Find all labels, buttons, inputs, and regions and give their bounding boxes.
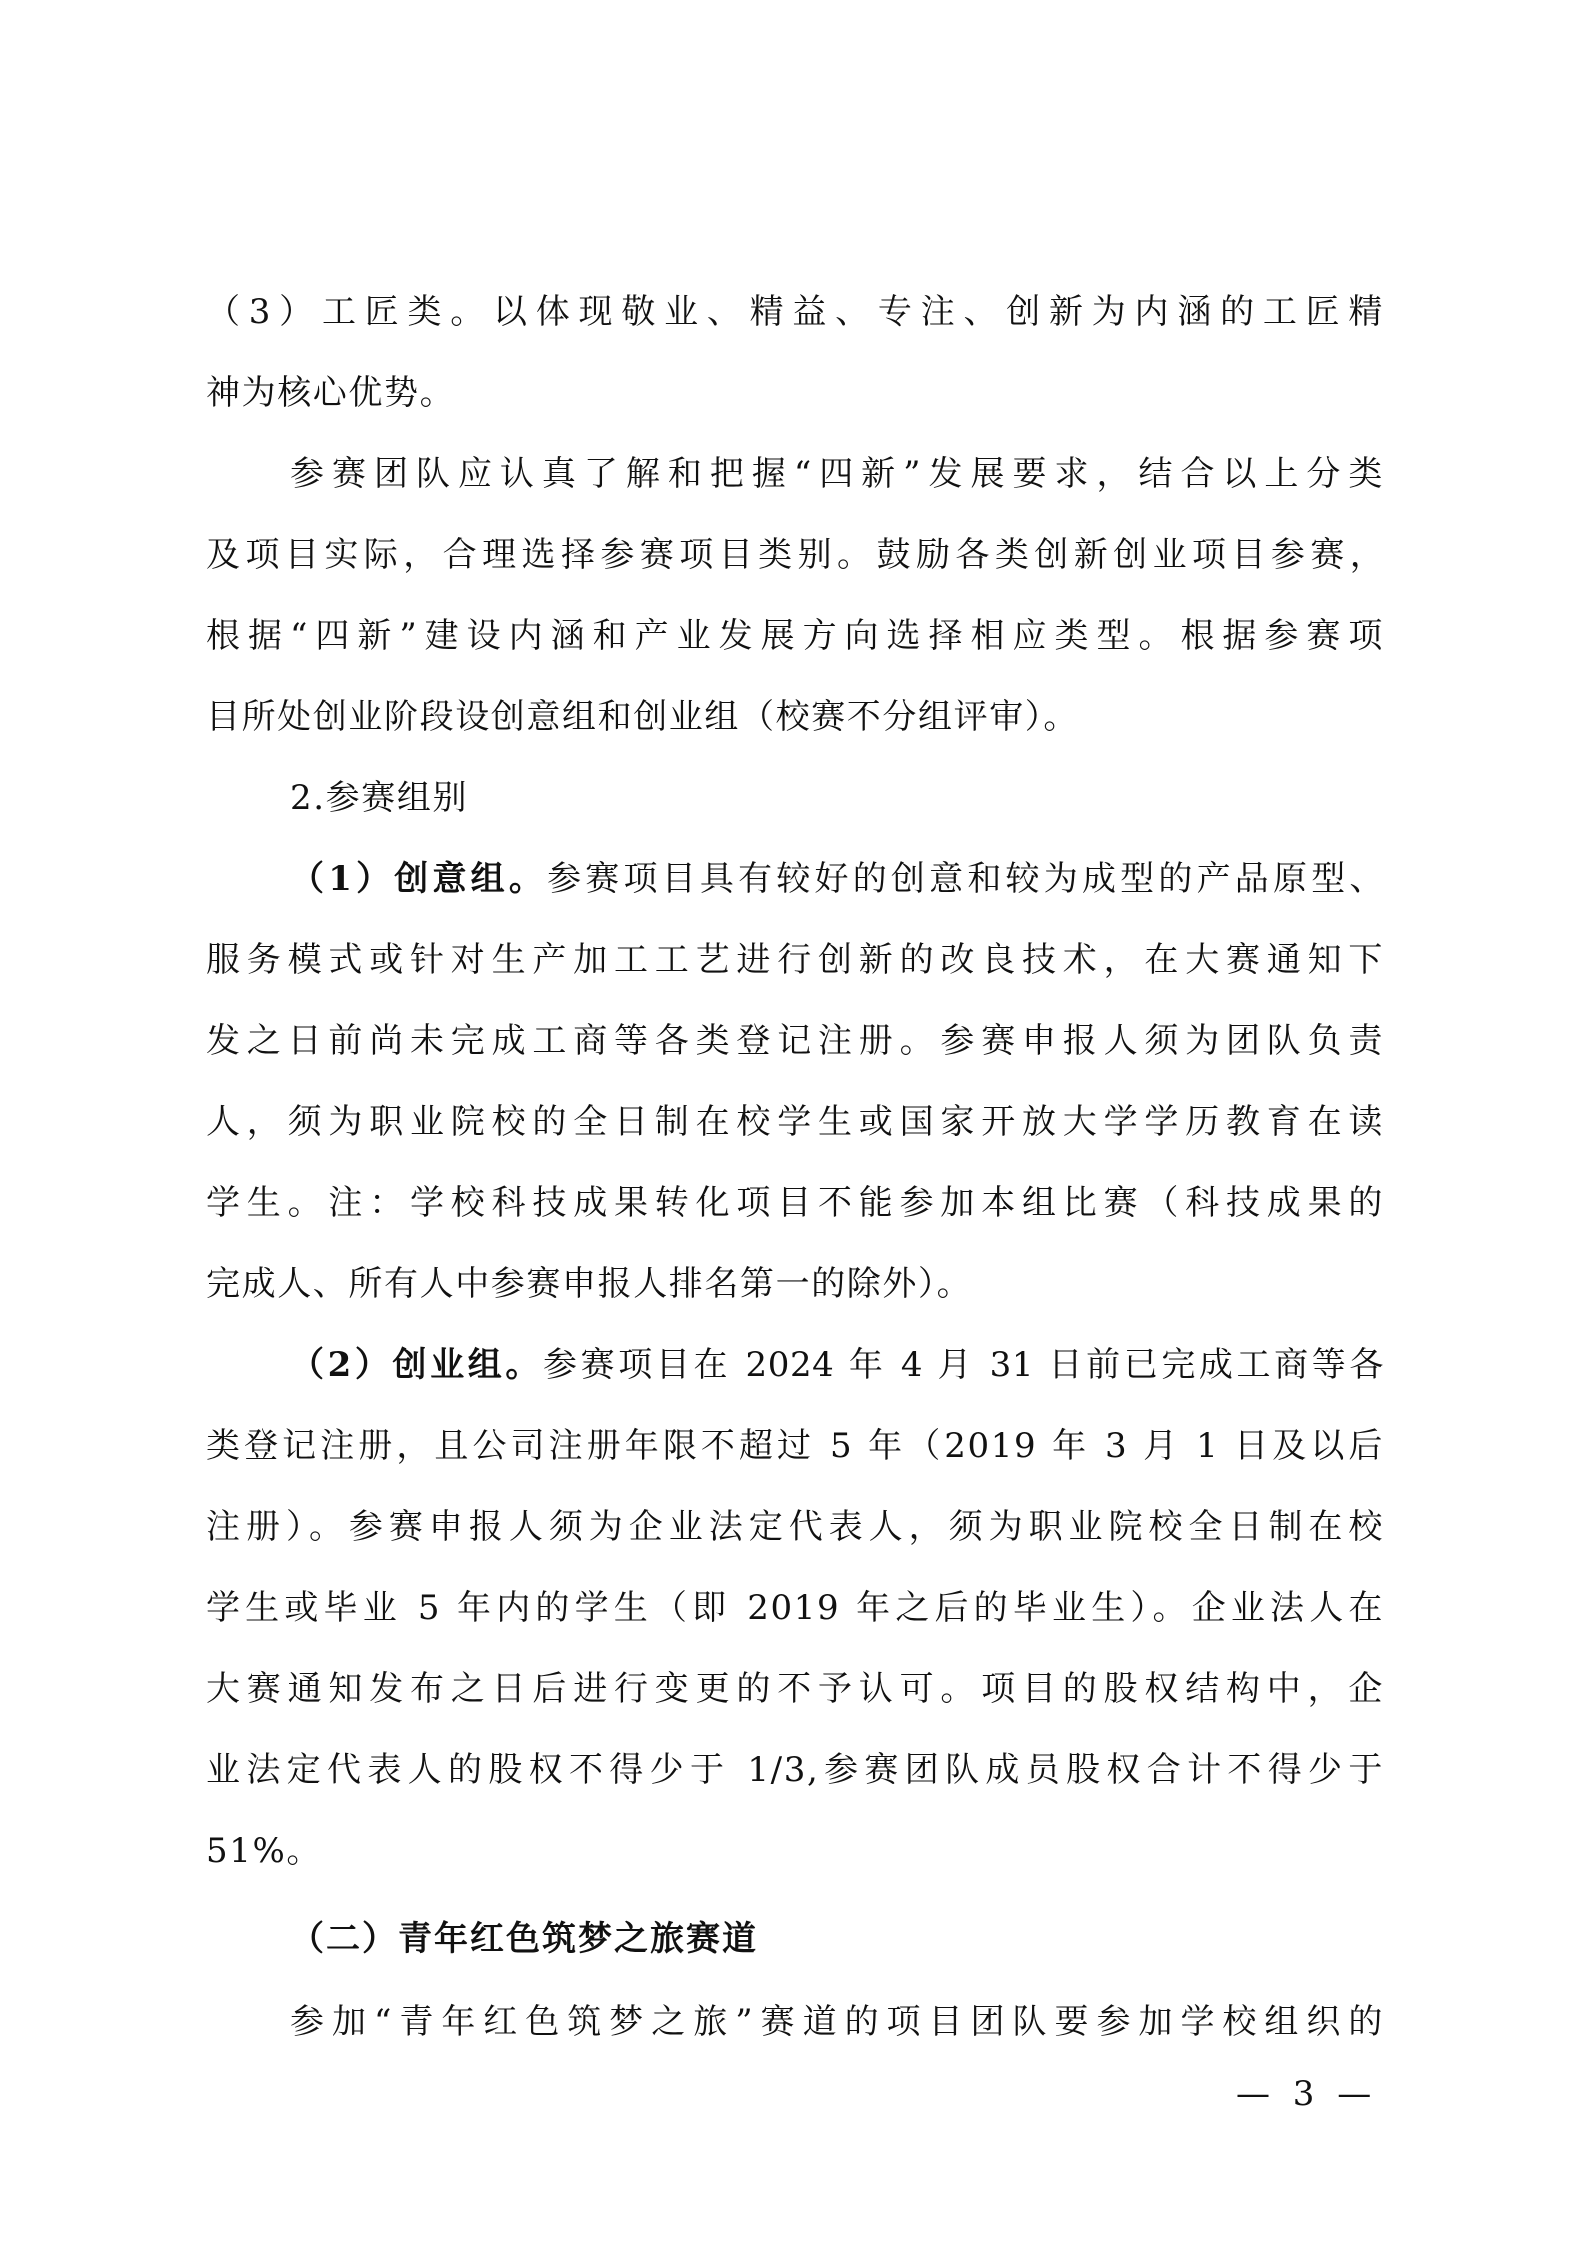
paragraph-line: 根据“四新”建设内涵和产业发展方向选择相应类型。根据参赛项 bbox=[206, 614, 1384, 658]
paragraph-text: 注册）。参赛申报人须为企业法定代表人，须为职业院校全日制在校 bbox=[206, 1507, 1384, 1547]
paragraph-line: 业法定代表人的股权不得少于 1/3,参赛团队成员股权合计不得少于 bbox=[206, 1748, 1384, 1792]
paragraph-line: 服务模式或针对生产加工工艺进行创新的改良技术，在大赛通知下 bbox=[206, 938, 1384, 982]
paragraph-text: 发之日前尚未完成工商等各类登记注册。参赛申报人须为团队负责 bbox=[206, 1021, 1384, 1061]
paragraph-line: （2）创业组。参赛项目在 2024 年 4 月 31 日前已完成工商等各 bbox=[290, 1343, 1384, 1387]
paragraph-line: 学生或毕业 5 年内的学生（即 2019 年之后的毕业生）。企业法人在 bbox=[206, 1586, 1384, 1630]
paragraph-lead: （1）创意组。 bbox=[290, 859, 547, 899]
paragraph-text: 类登记注册，且公司注册年限不超过 5 年（2019 年 3 月 1 日及以后 bbox=[206, 1426, 1384, 1466]
paragraph-text: 参赛项目在 2024 年 4 月 31 日前已完成工商等各 bbox=[543, 1345, 1384, 1385]
paragraph-line: 完成人、所有人中参赛申报人排名第一的除外）。 bbox=[206, 1262, 1384, 1306]
paragraph-text: 服务模式或针对生产加工工艺进行创新的改良技术，在大赛通知下 bbox=[206, 940, 1384, 980]
paragraph-text: 参赛项目具有较好的创意和较为成型的产品原型、 bbox=[547, 859, 1384, 899]
paragraph-text: 神为核心优势。 bbox=[206, 373, 455, 413]
paragraph-line: 大赛通知发布之日后进行变更的不予认可。项目的股权结构中，企 bbox=[206, 1667, 1384, 1711]
paragraph-lead: （2）创业组。 bbox=[290, 1345, 543, 1385]
paragraph-text: 根据“四新”建设内涵和产业发展方向选择相应类型。根据参赛项 bbox=[206, 616, 1384, 656]
paragraph-line: （1）创意组。参赛项目具有较好的创意和较为成型的产品原型、 bbox=[290, 857, 1384, 901]
paragraph-line: 参赛团队应认真了解和把握“四新”发展要求，结合以上分类 bbox=[290, 452, 1384, 496]
paragraph-text: 及项目实际，合理选择参赛项目类别。鼓励各类创新创业项目参赛， bbox=[206, 535, 1384, 575]
paragraph-line: （3）工匠类。以体现敬业、精益、专注、创新为内涵的工匠精 bbox=[206, 290, 1384, 334]
section-heading-text: 2.参赛组别 bbox=[290, 778, 468, 818]
paragraph-line: 参加“青年红色筑梦之旅”赛道的项目团队要参加学校组织的 bbox=[290, 2000, 1384, 2044]
paragraph-text: 参赛团队应认真了解和把握“四新”发展要求，结合以上分类 bbox=[290, 454, 1384, 494]
document-page: （3）工匠类。以体现敬业、精益、专注、创新为内涵的工匠精 神为核心优势。 参赛团… bbox=[0, 0, 1587, 2245]
paragraph-line: 神为核心优势。 bbox=[206, 371, 1384, 415]
paragraph-text: 大赛通知发布之日后进行变更的不予认可。项目的股权结构中，企 bbox=[206, 1669, 1384, 1709]
paragraph-line: 学生。注：学校科技成果转化项目不能参加本组比赛（科技成果的 bbox=[206, 1181, 1384, 1225]
paragraph-line: 人，须为职业院校的全日制在校学生或国家开放大学学历教育在读 bbox=[206, 1100, 1384, 1144]
section-heading: （二）青年红色筑梦之旅赛道 bbox=[290, 1917, 1468, 1961]
paragraph-text: 51%。 bbox=[206, 1831, 322, 1871]
paragraph-line: 类登记注册，且公司注册年限不超过 5 年（2019 年 3 月 1 日及以后 bbox=[206, 1424, 1384, 1468]
paragraph-line: 51%。 bbox=[206, 1829, 1384, 1873]
paragraph-text: （3）工匠类。以体现敬业、精益、专注、创新为内涵的工匠精 bbox=[206, 290, 1384, 334]
paragraph-line: 及项目实际，合理选择参赛项目类别。鼓励各类创新创业项目参赛， bbox=[206, 533, 1384, 577]
paragraph-text: 人，须为职业院校的全日制在校学生或国家开放大学学历教育在读 bbox=[206, 1102, 1384, 1142]
page-number: — 3 — bbox=[1236, 2072, 1377, 2116]
paragraph-text: 学生。注：学校科技成果转化项目不能参加本组比赛（科技成果的 bbox=[206, 1183, 1384, 1223]
paragraph-text: 完成人、所有人中参赛申报人排名第一的除外）。 bbox=[206, 1264, 972, 1304]
section-heading-text: （二）青年红色筑梦之旅赛道 bbox=[290, 1919, 758, 1959]
paragraph-text: 目所处创业阶段设创意组和创业组（校赛不分组评审）。 bbox=[206, 697, 1079, 737]
paragraph-line: 发之日前尚未完成工商等各类登记注册。参赛申报人须为团队负责 bbox=[206, 1019, 1384, 1063]
paragraph-line: 目所处创业阶段设创意组和创业组（校赛不分组评审）。 bbox=[206, 695, 1384, 739]
paragraph-text: 参加“青年红色筑梦之旅”赛道的项目团队要参加学校组织的 bbox=[290, 2002, 1384, 2042]
paragraph-line: 注册）。参赛申报人须为企业法定代表人，须为职业院校全日制在校 bbox=[206, 1505, 1384, 1549]
paragraph-text: 学生或毕业 5 年内的学生（即 2019 年之后的毕业生）。企业法人在 bbox=[206, 1588, 1384, 1628]
paragraph-text: 业法定代表人的股权不得少于 1/3,参赛团队成员股权合计不得少于 bbox=[206, 1750, 1384, 1790]
section-heading: 2.参赛组别 bbox=[290, 776, 1468, 820]
